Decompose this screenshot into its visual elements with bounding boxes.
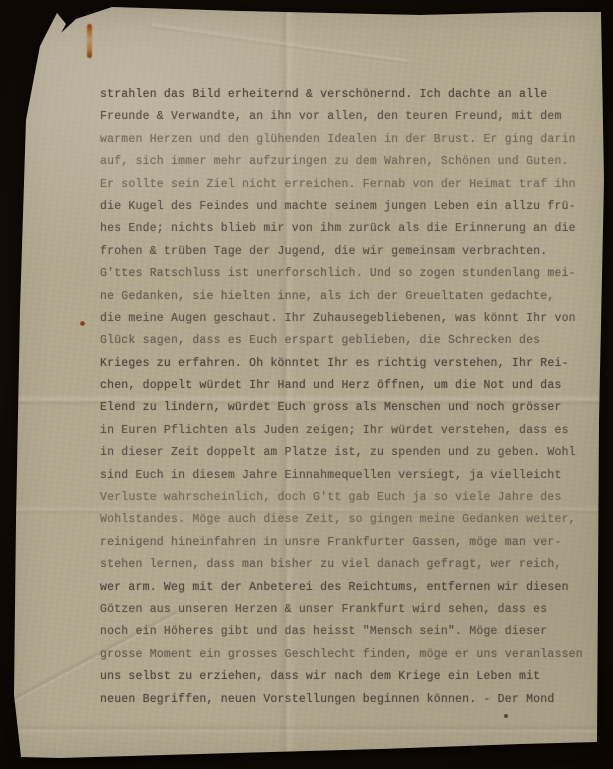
text-line: die Kugel des Feindes und machte seinem … bbox=[100, 196, 586, 218]
text-line: reinigend hineinfahren in unsre Frankfur… bbox=[100, 532, 586, 554]
letter-text: strahlen das Bild erheiternd & verschöne… bbox=[100, 84, 586, 711]
text-line: G'ttes Ratschluss ist unerforschlich. Un… bbox=[100, 263, 586, 285]
text-line: in Euren Pflichten als Juden zeigen; Ihr… bbox=[100, 420, 586, 442]
paper-shadow-wrap: strahlen das Bild erheiternd & verschöne… bbox=[0, 0, 613, 769]
text-line: in dieser Zeit doppelt am Platze ist, zu… bbox=[100, 442, 586, 464]
text-line: chen, doppelt würdet Ihr Hand und Herz ö… bbox=[100, 375, 586, 397]
text-line: neuen Begriffen, neuen Vorstellungen beg… bbox=[100, 689, 586, 711]
text-line: wer arm. Weg mit der Anbeterei des Reich… bbox=[100, 577, 586, 599]
text-line: Wohlstandes. Möge auch diese Zeit, so gi… bbox=[100, 509, 586, 531]
text-line: warmen Herzen und den glühenden Idealen … bbox=[100, 129, 586, 151]
wrinkle-top bbox=[151, 22, 409, 65]
text-line: strahlen das Bild erheiternd & verschöne… bbox=[100, 84, 586, 106]
text-line: Krieges zu erfahren. Oh könntet Ihr es r… bbox=[100, 353, 586, 375]
text-line: Er sollte sein Ziel nicht erreichen. Fer… bbox=[100, 174, 586, 196]
text-line: stehen lernen, dass man bisher zu viel d… bbox=[100, 554, 586, 576]
rust-dot bbox=[80, 321, 85, 326]
text-line: auf, sich immer mehr aufzuringen zu dem … bbox=[100, 151, 586, 173]
text-line: Glück sagen, dass es Euch erspart geblie… bbox=[100, 330, 586, 352]
letter-page: strahlen das Bild erheiternd & verschöne… bbox=[0, 0, 613, 769]
text-line: Elend zu lindern, würdet Euch gross als … bbox=[100, 397, 586, 419]
scanned-letter-photo: strahlen das Bild erheiternd & verschöne… bbox=[0, 0, 613, 769]
fold-crease-horizontal-bottom bbox=[0, 724, 613, 734]
text-line: die meine Augen geschaut. Ihr Zuhausegeb… bbox=[100, 308, 586, 330]
text-line: hes Ende; nichts blieb mir von ihm zurüc… bbox=[100, 218, 586, 240]
text-line: Verluste wahrscheinlich, doch G'tt gab E… bbox=[100, 487, 586, 509]
text-line: ne Gedanken, sie hielten inne, als ich d… bbox=[100, 286, 586, 308]
text-line: Freunde & Verwandte, an ihn vor allen, d… bbox=[100, 106, 586, 128]
ink-speck bbox=[504, 714, 508, 718]
text-line: Götzen aus unseren Herzen & unser Frankf… bbox=[100, 599, 586, 621]
text-line: uns selbst zu erziehen, dass wir nach de… bbox=[100, 666, 586, 688]
text-line: sind Euch in diesem Jahre Einnahmequelle… bbox=[100, 465, 586, 487]
text-line: noch ein Höheres gibt und das heisst "Me… bbox=[100, 621, 586, 643]
rust-stain bbox=[87, 24, 92, 58]
text-line: grosse Moment ein grosses Geschlecht fin… bbox=[100, 644, 586, 666]
text-line: frohen & trüben Tage der Jugend, die wir… bbox=[100, 241, 586, 263]
